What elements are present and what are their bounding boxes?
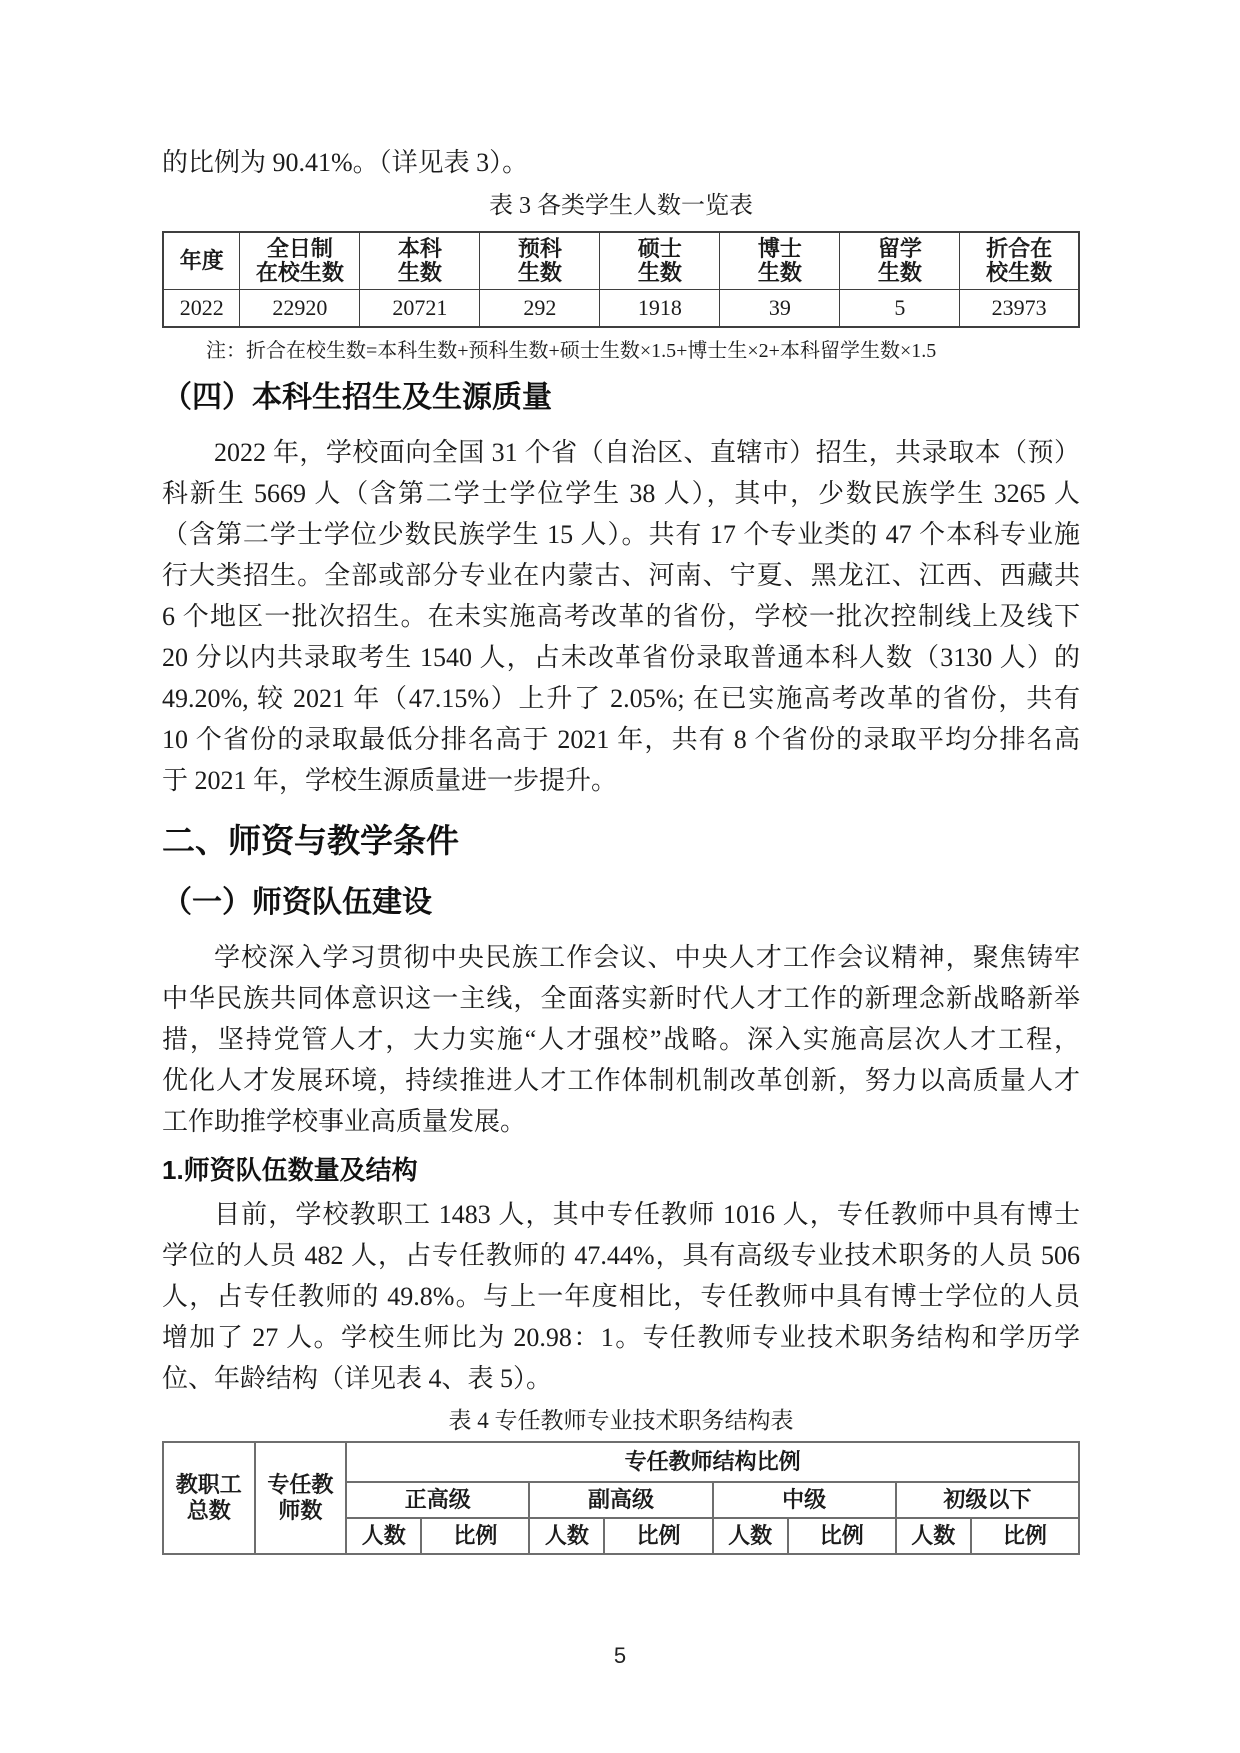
paragraph-line: 2022 年，学校面向全国 31 个省（自治区、直辖市）招生，共录取本（预） [162, 432, 1080, 473]
table3-data-cell: 22920 [240, 290, 360, 328]
table3-header-cell: 年度 [163, 232, 240, 290]
table4-leaf-cell: 人数 [896, 1518, 971, 1554]
paragraph-line: 优化人才发展环境，持续推进人才工作体制机制改革创新，努力以高质量人才 [162, 1060, 1080, 1101]
table4-header-cell: 教职工 总数 [163, 1442, 255, 1554]
table3-data-cell: 2022 [163, 290, 240, 328]
table4-group-header-cell: 专任教师结构比例 [346, 1442, 1079, 1482]
paragraph-line: 中华民族共同体意识这一主线，全面落实新时代人才工作的新理念新战略新举 [162, 978, 1080, 1019]
table3: 年度 全日制 在校生数 本科 生数 预科 生数 硕士 生数 博士 生数 留学 生… [162, 231, 1080, 328]
table4-level-cell: 中级 [713, 1482, 896, 1518]
table3-note: 注：折合在校生数=本科生数+预科生数+硕士生数×1.5+博士生×2+本科留学生数… [162, 338, 1080, 364]
table4: 教职工 总数 专任教 师数 专任教师结构比例 正高级 副高级 中级 初级以下 人… [162, 1441, 1080, 1555]
page-content: 的比例为 90.41%。（详见表 3）。 表 3 各类学生人数一览表 年度 全日… [0, 0, 1240, 1555]
paragraph: 目前，学校教职工 1483 人，其中专任教师 1016 人，专任教师中具有博士 … [162, 1194, 1080, 1399]
paragraph-line: 10 个省份的录取最低分排名高于 2021 年，共有 8 个省份的录取平均分排名… [162, 719, 1080, 760]
paragraph-line: 的比例为 90.41%。（详见表 3）。 [162, 142, 1080, 183]
table3-header-cell: 留学 生数 [840, 232, 960, 290]
paragraph-line: 位、年龄结构（详见表 4、表 5）。 [162, 1358, 1080, 1399]
paragraph-line: 增加了 27 人。学校生师比为 20.98：1。专任教师专业技术职务结构和学历学 [162, 1317, 1080, 1358]
table4-leaf-cell: 比例 [421, 1518, 529, 1554]
section-heading-four: （四）本科生招生及生源质量 [162, 378, 1080, 418]
subsection-heading-1: 1.师资队伍数量及结构 [162, 1152, 1080, 1188]
document-page: 的比例为 90.41%。（详见表 3）。 表 3 各类学生人数一览表 年度 全日… [0, 0, 1240, 1753]
table4-leaf-cell: 人数 [529, 1518, 604, 1554]
paragraph: 2022 年，学校面向全国 31 个省（自治区、直辖市）招生，共录取本（预） 科… [162, 432, 1080, 801]
table3-data-cell: 292 [480, 290, 600, 328]
paragraph-line: 行大类招生。全部或部分专业在内蒙古、河南、宁夏、黑龙江、江西、西藏共 [162, 555, 1080, 596]
paragraph-line: 工作助推学校事业高质量发展。 [162, 1101, 1080, 1142]
paragraph-line: 目前，学校教职工 1483 人，其中专任教师 1016 人，专任教师中具有博士 [162, 1194, 1080, 1235]
paragraph-line: 学校深入学习贯彻中央民族工作会议、中央人才工作会议精神，聚焦铸牢 [162, 937, 1080, 978]
paragraph-line: 科新生 5669 人（含第二学士学位学生 38 人），其中，少数民族学生 326… [162, 473, 1080, 514]
table4-level-cell: 正高级 [346, 1482, 529, 1518]
table3-data-cell: 39 [720, 290, 840, 328]
paragraph-line: 6 个地区一批次招生。在未实施高考改革的省份，学校一批次控制线上及线下 [162, 596, 1080, 637]
table3-data-cell: 20721 [360, 290, 480, 328]
table3-data-row: 2022 22920 20721 292 1918 39 5 23973 [163, 290, 1079, 328]
table3-header-cell: 本科 生数 [360, 232, 480, 290]
table3-header-cell: 折合在 校生数 [960, 232, 1079, 290]
table4-leaf-cell: 比例 [971, 1518, 1079, 1554]
table4-header-cell: 专任教 师数 [255, 1442, 347, 1554]
table4-level-cell: 副高级 [529, 1482, 712, 1518]
paragraph: 学校深入学习贯彻中央民族工作会议、中央人才工作会议精神，聚焦铸牢 中华民族共同体… [162, 937, 1080, 1142]
section-heading-one: （一）师资队伍建设 [162, 883, 1080, 923]
table3-header-cell: 硕士 生数 [600, 232, 720, 290]
paragraph-line: 措，坚持党管人才，大力实施“人才强校”战略。深入实施高层次人才工程， [162, 1019, 1080, 1060]
table4-header-row: 教职工 总数 专任教 师数 专任教师结构比例 [163, 1442, 1079, 1482]
chapter-heading-two: 二、师资与教学条件 [162, 819, 1080, 863]
table4-leaf-cell: 人数 [346, 1518, 421, 1554]
page-number: 5 [0, 1643, 1240, 1669]
paragraph-line: 20 分以内共录取考生 1540 人，占未改革省份录取普通本科人数（3130 人… [162, 637, 1080, 678]
paragraph-line: 49.20%, 较 2021 年（47.15%）上升了 2.05%; 在已实施高… [162, 678, 1080, 719]
table3-data-cell: 1918 [600, 290, 720, 328]
table3-data-cell: 23973 [960, 290, 1079, 328]
paragraph-line: 人，占专任教师的 49.8%。与上一年度相比，专任教师中具有博士学位的人员 [162, 1276, 1080, 1317]
table3-caption: 表 3 各类学生人数一览表 [162, 191, 1080, 221]
table4-leaf-cell: 比例 [604, 1518, 712, 1554]
table3-header-cell: 全日制 在校生数 [240, 232, 360, 290]
table4-leaf-cell: 人数 [713, 1518, 788, 1554]
paragraph-line: （含第二学士学位少数民族学生 15 人）。共有 17 个专业类的 47 个本科专… [162, 514, 1080, 555]
table4-leaf-cell: 比例 [788, 1518, 896, 1554]
table3-header-cell: 博士 生数 [720, 232, 840, 290]
table3-data-cell: 5 [840, 290, 960, 328]
paragraph-line: 学位的人员 482 人，占专任教师的 47.44%，具有高级专业技术职务的人员 … [162, 1235, 1080, 1276]
table3-header-cell: 预科 生数 [480, 232, 600, 290]
table3-header-row: 年度 全日制 在校生数 本科 生数 预科 生数 硕士 生数 博士 生数 留学 生… [163, 232, 1079, 290]
paragraph-line: 于 2021 年，学校生源质量进一步提升。 [162, 760, 1080, 801]
table4-caption: 表 4 专任教师专业技术职务结构表 [162, 1407, 1080, 1435]
table4-level-cell: 初级以下 [896, 1482, 1079, 1518]
